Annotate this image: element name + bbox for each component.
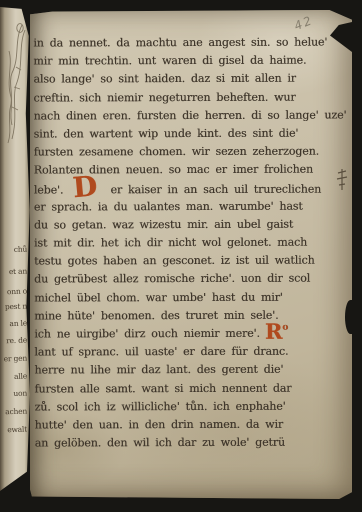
manuscript-photo: chů et an onn o pest n an le re. de er … — [0, 0, 362, 512]
text-fragment: uon — [0, 389, 27, 399]
text-line: fursten zesamene chomen. wir sezen zeher… — [34, 143, 348, 162]
text-fragment: achen — [0, 407, 27, 417]
text-line: fursten alle samt. want si mich nennent … — [34, 379, 348, 398]
text-line: nach dinen eren. fursten die herren. di … — [34, 106, 348, 125]
text-block: in da nennet. da machtu ane angest sin. … — [33, 33, 348, 452]
text-fragment: er gen — [0, 354, 27, 364]
text-line: in da nennet. da machtu ane angest sin. … — [33, 33, 347, 52]
text-line-with-initial: lebe'.Der kaiser in an sach uil trurecli… — [34, 179, 348, 198]
text-fragment: re. de — [0, 336, 27, 346]
text-fragment: ewalt — [0, 425, 27, 435]
text-line: hutte' den uan. in den drin namen. da wi… — [35, 415, 349, 434]
folio-number: 42 — [292, 13, 315, 33]
text-line: zů. scol ich iz willicliche' tůn. ich … — [35, 397, 349, 416]
rubric-initial-R: R — [265, 328, 282, 336]
text-line: du so getan. waz wizestu mir. ain ubel g… — [34, 215, 348, 234]
text-line: creftin. sich niemir negeturren beheften… — [33, 88, 347, 107]
line-text: ich ne uirgibe' dirz ouch niemir mere'. — [34, 327, 260, 341]
text-line: du getrübest allez romische riche'. uon… — [34, 270, 348, 289]
text-line: michel übel chom. war umbe' hast du mir… — [34, 288, 348, 307]
text-line: sint. den wartent wip unde kint. des sin… — [34, 124, 348, 143]
text-line: mir min trechtin. unt waren di gisel da … — [33, 52, 347, 71]
rubric-initial-R-superscript: o — [282, 324, 288, 332]
rubric-initial-D: D — [72, 182, 97, 192]
text-fragment: et an — [0, 267, 27, 277]
text-fragment: pest n — [0, 302, 27, 312]
text-line: herre nu lihe mir daz lant. des gerent d… — [34, 361, 348, 380]
text-fragment: chů — [0, 245, 27, 255]
text-fragment: an le — [0, 319, 27, 329]
text-fragment: onn o — [0, 287, 27, 297]
line-text: lebe'. — [34, 183, 64, 196]
text-line: ist mit dir. het ich dir nicht wol gelon… — [34, 234, 348, 253]
text-line: an gelöben. den wil ich dar zu wole' ge… — [35, 434, 349, 453]
previous-folio-edge: chů et an onn o pest n an le re. de er … — [0, 7, 30, 491]
line-text: er kaiser in an sach uil trureclichen — [110, 182, 321, 196]
text-line: mine hüte' benomen. des truret min sele… — [34, 306, 348, 325]
text-line-with-initial: ich ne uirgibe' dirz ouch niemir mere'.R… — [34, 324, 348, 343]
text-line: lant uf spranc. uil uaste' er dare für … — [34, 343, 348, 362]
manuscript-page: 42 in da nennet. da machtu ane angest si… — [30, 10, 352, 499]
text-line: also lange' so sint haiden. daz si mit a… — [33, 70, 347, 89]
text-fragment: alle — [0, 372, 27, 382]
previous-folio-text-fragments: chů et an onn o pest n an le re. de er … — [0, 7, 30, 491]
text-line: testu gotes haben an gesconet. iz ist ui… — [34, 252, 348, 271]
